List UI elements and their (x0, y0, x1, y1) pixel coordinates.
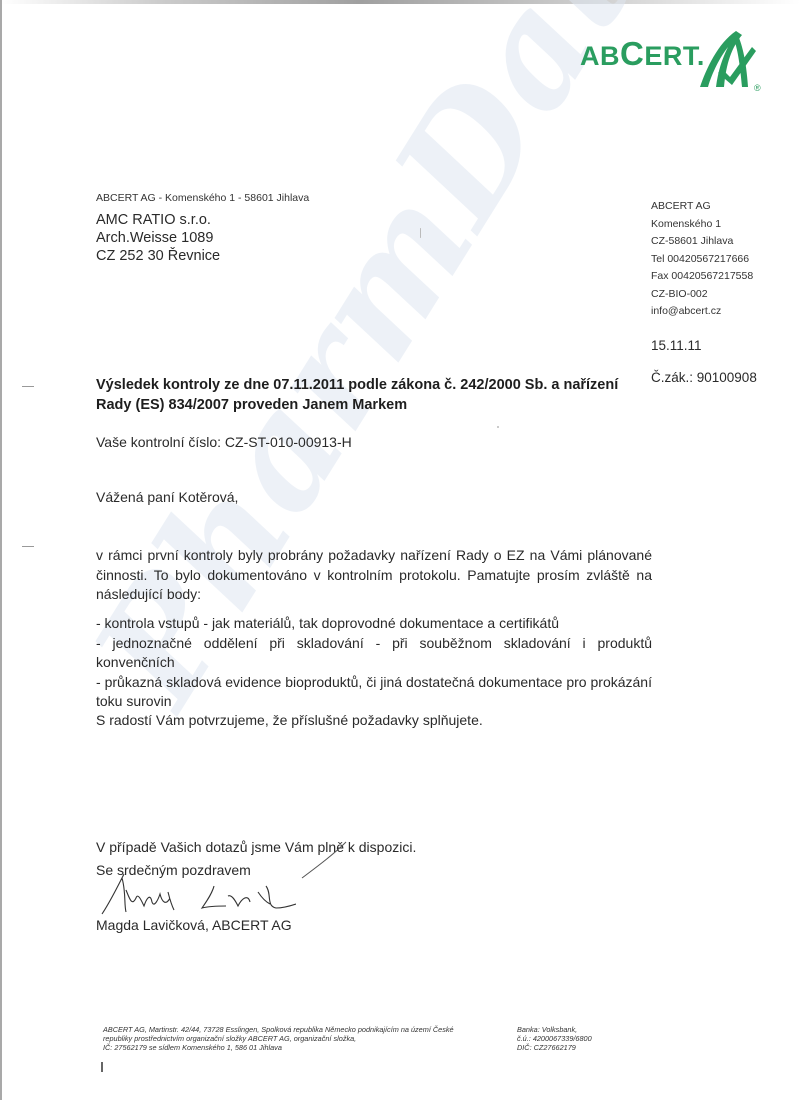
logo-big-c: C (620, 35, 644, 72)
issuer-bio-code: CZ-BIO-002 (651, 286, 753, 304)
issuer-street: Komenského 1 (651, 216, 753, 234)
sender-return-address: ABCERT AG - Komenského 1 - 58601 Jihlava (96, 192, 309, 204)
customer-number: Č.zák.: 90100908 (651, 370, 757, 385)
issuer-phone: Tel 00420567217666 (651, 251, 753, 269)
scan-speck (497, 426, 499, 428)
recipient-address: AMC RATIO s.r.o. Arch.Weisse 1089 CZ 252… (96, 211, 220, 265)
handwritten-signature-icon (96, 872, 296, 917)
scan-top-edge (0, 0, 800, 4)
abcert-checkmark-logo-icon: ® (696, 29, 766, 93)
list-item: - jednoznačné oddělení při skladování - … (96, 634, 652, 673)
issuer-contact-block: ABCERT AG Komenského 1 CZ-58601 Jihlava … (651, 198, 753, 321)
letter-date: 15.11.11 (651, 338, 702, 353)
pen-stroke-icon (298, 840, 348, 880)
letter-subject: Výsledek kontroly ze dne 07.11.2011 podl… (96, 375, 656, 415)
issuer-email: info@abcert.cz (651, 303, 753, 321)
issuer-name: ABCERT AG (651, 198, 753, 216)
issuer-city: CZ-58601 Jihlava (651, 233, 753, 251)
footer-bank-info: Banka: Volksbank, č.ú.: 4200067339/6800 … (517, 1026, 592, 1052)
punch-mark (22, 546, 34, 547)
subject-line-2: Rady (ES) 834/2007 proveden Janem Markem (96, 395, 656, 415)
requirement-list: - kontrola vstupů - jak materiálů, tak d… (96, 614, 652, 712)
recipient-street: Arch.Weisse 1089 (96, 229, 220, 247)
scan-left-edge (0, 0, 2, 1100)
scan-artifact-mark (101, 1062, 103, 1072)
closing-line-1: V případě Vašich dotazů jsme Vám plně k … (96, 836, 416, 859)
body-paragraph: v rámci první kontroly byly probrány pož… (96, 546, 652, 605)
confirmation-sentence: S radostí Vám potvrzujeme, že příslušné … (96, 712, 483, 728)
signer-name: Magda Lavičková, ABCERT AG (96, 917, 292, 933)
logo-text: ABCERT. (580, 41, 705, 71)
footer-line: IČ: 27562179 se sídlem Komenského 1, 586… (103, 1044, 513, 1053)
logo-wordmark: ABCERT. (580, 35, 705, 73)
footer-vat: DIČ: CZ27662179 (517, 1044, 592, 1053)
fold-mark (22, 386, 34, 387)
salutation: Vážená paní Kotěrová, (96, 489, 238, 505)
issuer-fax: Fax 00420567217558 (651, 268, 753, 286)
recipient-city: CZ 252 30 Řevnice (96, 247, 220, 265)
list-item: - kontrola vstupů - jak materiálů, tak d… (96, 614, 652, 634)
control-number: Vaše kontrolní číslo: CZ-ST-010-00913-H (96, 434, 352, 450)
registered-mark: ® (754, 83, 761, 93)
list-item: - průkazná skladová evidence bioproduktů… (96, 673, 652, 712)
abcert-logo: ABCERT. ® (578, 25, 778, 95)
footer-company-info: ABCERT AG, Martinstr. 42/44, 73728 Essli… (103, 1026, 513, 1052)
scan-speck (420, 228, 421, 238)
recipient-company: AMC RATIO s.r.o. (96, 211, 220, 229)
subject-line-1: Výsledek kontroly ze dne 07.11.2011 podl… (96, 375, 656, 395)
